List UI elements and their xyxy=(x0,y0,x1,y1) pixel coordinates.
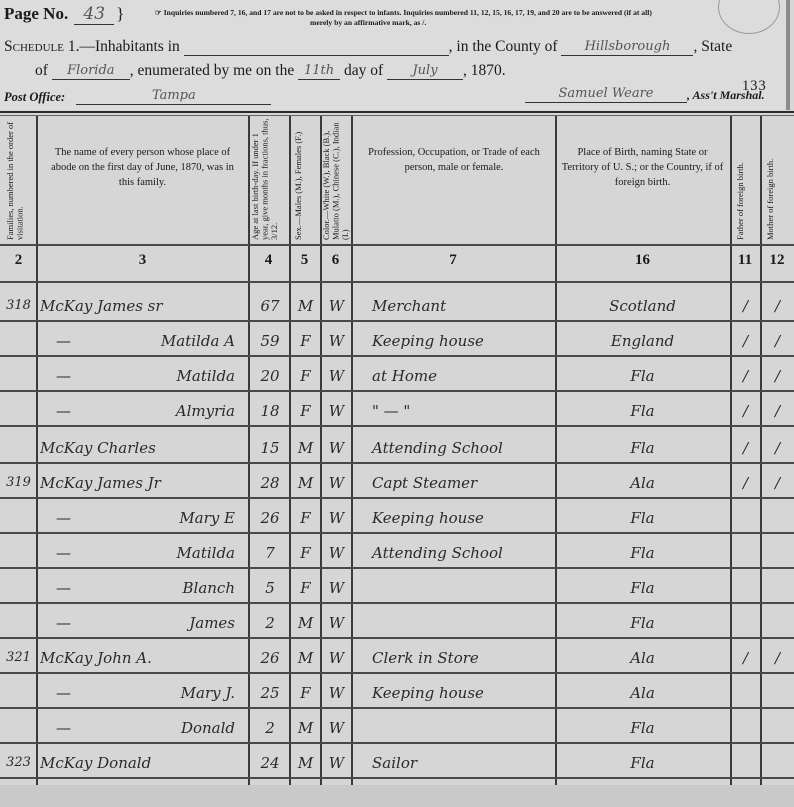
inquiries-note-line2: merely by an affirmative mark, as /. xyxy=(155,18,785,28)
col-header-occupation: Profession, Occupation, or Trade of each… xyxy=(365,145,543,175)
age-value: 5 xyxy=(250,568,290,603)
person-name: McKay John A. xyxy=(40,638,245,673)
sex-value: F xyxy=(291,356,320,391)
occupation-value xyxy=(358,603,553,638)
ditto-dash: — xyxy=(56,708,71,743)
census-sheet: Page No.43} ☞ Inquiries numbered 7, 16, … xyxy=(0,0,794,785)
table-row: —Mary E26FWKeeping houseFla xyxy=(0,498,794,533)
family-number xyxy=(0,391,37,426)
col-number: 6 xyxy=(320,252,351,269)
person-name-text: Mary J. xyxy=(181,684,235,702)
numbers-bottom-line xyxy=(0,281,794,283)
birthplace-value: Fla xyxy=(556,743,729,778)
person-name: —Matilda xyxy=(40,356,245,391)
marshal-title: , Ass't Marshal. xyxy=(687,88,765,102)
ditto-dash: — xyxy=(56,533,71,568)
age-value: 26 xyxy=(250,498,290,533)
col-number: 11 xyxy=(730,252,760,269)
color-value: W xyxy=(321,428,352,463)
age-value: 25 xyxy=(250,673,290,708)
occupation-value: Capt Steamer xyxy=(358,463,553,498)
father-foreign-mark: / xyxy=(731,391,760,426)
enumeration-line: of Florida, enumerated by me on the 11th… xyxy=(35,62,506,80)
person-name: McKay Charles xyxy=(40,428,245,463)
sex-value: M xyxy=(291,603,320,638)
person-name: —Matilda A xyxy=(40,321,245,356)
county-label: , in the County of xyxy=(449,38,558,55)
col-number: 5 xyxy=(289,252,320,269)
county-field: Hillsborough xyxy=(561,39,693,56)
person-name-text: Donald xyxy=(181,719,235,737)
person-name-text: James xyxy=(189,614,235,632)
sex-value: M xyxy=(291,463,320,498)
color-value: W xyxy=(321,356,352,391)
sex-value: M xyxy=(291,743,320,778)
father-foreign-mark: / xyxy=(731,463,760,498)
mother-foreign-mark xyxy=(761,533,794,568)
person-name: —Almyria xyxy=(40,391,245,426)
family-number xyxy=(0,321,37,356)
header-rule-thin xyxy=(0,115,794,116)
birthplace-value: Fla xyxy=(556,498,729,533)
father-foreign-mark xyxy=(731,673,760,708)
table-row: —Blanch5FWFla xyxy=(0,568,794,603)
family-number xyxy=(0,498,37,533)
person-name: —Matilda xyxy=(40,533,245,568)
age-value: 67 xyxy=(250,286,290,321)
col-number: 7 xyxy=(351,252,555,269)
mother-foreign-mark: / xyxy=(761,321,794,356)
occupation-value: Attending School xyxy=(358,533,553,568)
occupation-value: Attending School xyxy=(358,428,553,463)
of-label: of xyxy=(35,62,48,79)
color-value: W xyxy=(321,568,352,603)
table-row: —Mary J.25FWKeeping houseAla xyxy=(0,673,794,708)
occupation-value xyxy=(358,708,553,743)
father-foreign-mark xyxy=(731,603,760,638)
color-value: W xyxy=(321,673,352,708)
sex-value: M xyxy=(291,708,320,743)
person-name: —Blanch xyxy=(40,568,245,603)
col-header-color: Color.—White (W.), Black (B.), Mulatto (… xyxy=(322,118,350,240)
color-value: W xyxy=(321,638,352,673)
father-foreign-mark: / xyxy=(731,356,760,391)
mother-foreign-mark xyxy=(761,498,794,533)
birthplace-value: Fla xyxy=(556,391,729,426)
state-label: , State xyxy=(693,38,732,55)
age-value: 2 xyxy=(250,708,290,743)
mother-foreign-mark: / xyxy=(761,356,794,391)
age-value: 28 xyxy=(250,463,290,498)
family-number xyxy=(0,568,37,603)
inquiries-note: ☞ Inquiries numbered 7, 16, and 17 are n… xyxy=(155,8,785,28)
age-value: 59 xyxy=(250,321,290,356)
birthplace-value: Scotland xyxy=(556,286,729,321)
family-number xyxy=(0,603,37,638)
form-header: Page No.43} ☞ Inquiries numbered 7, 16, … xyxy=(0,0,790,110)
family-number: 321 xyxy=(0,638,37,673)
occupation-value: Keeping house xyxy=(358,321,553,356)
family-number xyxy=(0,708,37,743)
birthplace-value: Ala xyxy=(556,463,729,498)
table-row: 318McKay James sr67MWMerchantScotland// xyxy=(0,286,794,321)
month-field: July xyxy=(387,63,463,80)
post-office-field: Tampa xyxy=(76,88,271,105)
occupation-value xyxy=(358,568,553,603)
sex-value: M xyxy=(291,428,320,463)
family-number xyxy=(0,673,37,708)
col-header-sex: Sex.—Males (M.), Females (F.) xyxy=(294,118,318,240)
person-name-text: Matilda xyxy=(177,367,235,385)
inhabitants-label: —Inhabitants in xyxy=(79,38,179,55)
mother-foreign-mark: / xyxy=(761,286,794,321)
birthplace-value: England xyxy=(556,321,729,356)
header-rule xyxy=(0,111,794,113)
color-value: W xyxy=(321,321,352,356)
person-name: McKay Donald xyxy=(40,743,245,778)
table-row: 323McKay Donald24MWSailorFla xyxy=(0,743,794,778)
col-number: 2 xyxy=(0,252,37,269)
father-foreign-mark xyxy=(731,498,760,533)
color-value: W xyxy=(321,391,352,426)
day-of-label: day of xyxy=(344,62,383,79)
father-foreign-mark: / xyxy=(731,286,760,321)
birthplace-value: Fla xyxy=(556,603,729,638)
table-row: 321McKay John A.26MWClerk in StoreAla// xyxy=(0,638,794,673)
occupation-value: Clerk in Store xyxy=(358,638,553,673)
col-header-father-foreign: Father of foreign birth. xyxy=(736,118,756,240)
schedule-label: Schedule 1. xyxy=(4,38,79,55)
col-header-mother-foreign: Mother of foreign birth. xyxy=(766,118,788,240)
page-number-value: 43 xyxy=(74,4,114,25)
color-value: W xyxy=(321,533,352,568)
ditto-dash: — xyxy=(56,356,71,391)
schedule-line: Schedule 1.—Inhabitants in , in the Coun… xyxy=(4,38,732,56)
ditto-dash: — xyxy=(56,673,71,708)
occupation-value: " — " xyxy=(358,391,553,426)
sex-value: M xyxy=(291,286,320,321)
table-row: —Matilda7FWAttending SchoolFla xyxy=(0,533,794,568)
family-number: 319 xyxy=(0,463,37,498)
table-row: —Matilda20FWat HomeFla// xyxy=(0,356,794,391)
state-field: Florida xyxy=(52,63,130,80)
post-office-line: Post Office: Tampa xyxy=(4,88,271,105)
mother-foreign-mark xyxy=(761,743,794,778)
post-office-label: Post Office: xyxy=(4,90,65,104)
locality-field xyxy=(184,39,449,56)
table-row: —Donald2MWFla xyxy=(0,708,794,743)
color-value: W xyxy=(321,708,352,743)
age-value: 24 xyxy=(250,743,290,778)
sex-value: F xyxy=(291,533,320,568)
color-value: W xyxy=(321,463,352,498)
birthplace-value: Ala xyxy=(556,638,729,673)
occupation-value: at Home xyxy=(358,356,553,391)
occupation-value: Sailor xyxy=(358,743,553,778)
father-foreign-mark xyxy=(731,708,760,743)
person-name-text: Blanch xyxy=(183,579,236,597)
age-value: 18 xyxy=(250,391,290,426)
birthplace-value: Ala xyxy=(556,673,729,708)
mother-foreign-mark: / xyxy=(761,638,794,673)
color-value: W xyxy=(321,603,352,638)
ditto-dash: — xyxy=(56,498,71,533)
page-number: Page No.43} xyxy=(4,4,124,25)
mother-foreign-mark: / xyxy=(761,463,794,498)
col-header-family: Families, numbered in the order of visit… xyxy=(6,118,32,240)
ditto-dash: — xyxy=(56,603,71,638)
color-value: W xyxy=(321,286,352,321)
family-number: 318 xyxy=(0,286,37,321)
col-header-birthplace: Place of Birth, naming State or Territor… xyxy=(560,145,725,190)
birthplace-value: Fla xyxy=(556,356,729,391)
col-header-age: Age at last birth-day. If under 1 year, … xyxy=(251,118,287,240)
col-number: 16 xyxy=(555,252,730,269)
mother-foreign-mark xyxy=(761,708,794,743)
row-divider xyxy=(0,425,794,427)
table-row: 319McKay James Jr28MWCapt SteamerAla// xyxy=(0,463,794,498)
person-name: —Donald xyxy=(40,708,245,743)
sex-value: F xyxy=(291,673,320,708)
age-value: 26 xyxy=(250,638,290,673)
family-number: 323 xyxy=(0,743,37,778)
person-name-text: Matilda A xyxy=(161,332,235,350)
color-value: W xyxy=(321,743,352,778)
father-foreign-mark: / xyxy=(731,638,760,673)
person-name-text: Almyria xyxy=(176,402,235,420)
marshal-signature: Samuel Weare xyxy=(525,86,687,103)
person-name: McKay James Jr xyxy=(40,463,245,498)
family-number xyxy=(0,356,37,391)
age-value: 20 xyxy=(250,356,290,391)
mother-foreign-mark xyxy=(761,603,794,638)
father-foreign-mark xyxy=(731,743,760,778)
father-foreign-mark: / xyxy=(731,321,760,356)
birthplace-value: Fla xyxy=(556,533,729,568)
person-name: —Mary E xyxy=(40,498,245,533)
marshal-line: Samuel Weare, Ass't Marshal. xyxy=(525,86,765,103)
sex-value: F xyxy=(291,498,320,533)
table-row: McKay Charles15MWAttending SchoolFla// xyxy=(0,428,794,463)
ditto-dash: — xyxy=(56,568,71,603)
occupation-value: Keeping house xyxy=(358,673,553,708)
sex-value: F xyxy=(291,391,320,426)
person-name: —James xyxy=(40,603,245,638)
mother-foreign-mark: / xyxy=(761,391,794,426)
table-row: —Matilda A59FWKeeping houseEngland// xyxy=(0,321,794,356)
birthplace-value: Fla xyxy=(556,428,729,463)
mother-foreign-mark xyxy=(761,568,794,603)
sex-value: M xyxy=(291,638,320,673)
col-number: 12 xyxy=(760,252,794,269)
age-value: 7 xyxy=(250,533,290,568)
table-row: —Almyria18FW" — "Fla// xyxy=(0,391,794,426)
header-bottom-line xyxy=(0,244,794,246)
father-foreign-mark xyxy=(731,533,760,568)
mother-foreign-mark: / xyxy=(761,428,794,463)
color-value: W xyxy=(321,498,352,533)
occupation-value: Merchant xyxy=(358,286,553,321)
person-name-text: Matilda xyxy=(177,544,235,562)
day-field: 11th xyxy=(298,63,340,80)
occupation-value: Keeping house xyxy=(358,498,553,533)
person-name: McKay James sr xyxy=(40,286,245,321)
col-header-name: The name of every person whose place of … xyxy=(50,145,235,190)
person-name: —Mary J. xyxy=(40,673,245,708)
sex-value: F xyxy=(291,568,320,603)
page-label: Page No. xyxy=(4,4,68,23)
ditto-dash: — xyxy=(56,321,71,356)
inquiries-note-line1: ☞ Inquiries numbered 7, 16, and 17 are n… xyxy=(155,8,785,18)
ditto-dash: — xyxy=(56,391,71,426)
father-foreign-mark xyxy=(731,568,760,603)
table-row: —James2MWFla xyxy=(0,603,794,638)
col-number: 3 xyxy=(37,252,248,269)
year-label: , 1870. xyxy=(463,62,506,79)
enumerated-label: , enumerated by me on the xyxy=(130,62,294,79)
sex-value: F xyxy=(291,321,320,356)
row-divider xyxy=(0,777,794,779)
age-value: 15 xyxy=(250,428,290,463)
age-value: 2 xyxy=(250,603,290,638)
birthplace-value: Fla xyxy=(556,708,729,743)
mother-foreign-mark xyxy=(761,673,794,708)
family-number xyxy=(0,533,37,568)
father-foreign-mark: / xyxy=(731,428,760,463)
family-number xyxy=(0,428,37,463)
birthplace-value: Fla xyxy=(556,568,729,603)
col-number: 4 xyxy=(248,252,289,269)
person-name-text: Mary E xyxy=(179,509,235,527)
